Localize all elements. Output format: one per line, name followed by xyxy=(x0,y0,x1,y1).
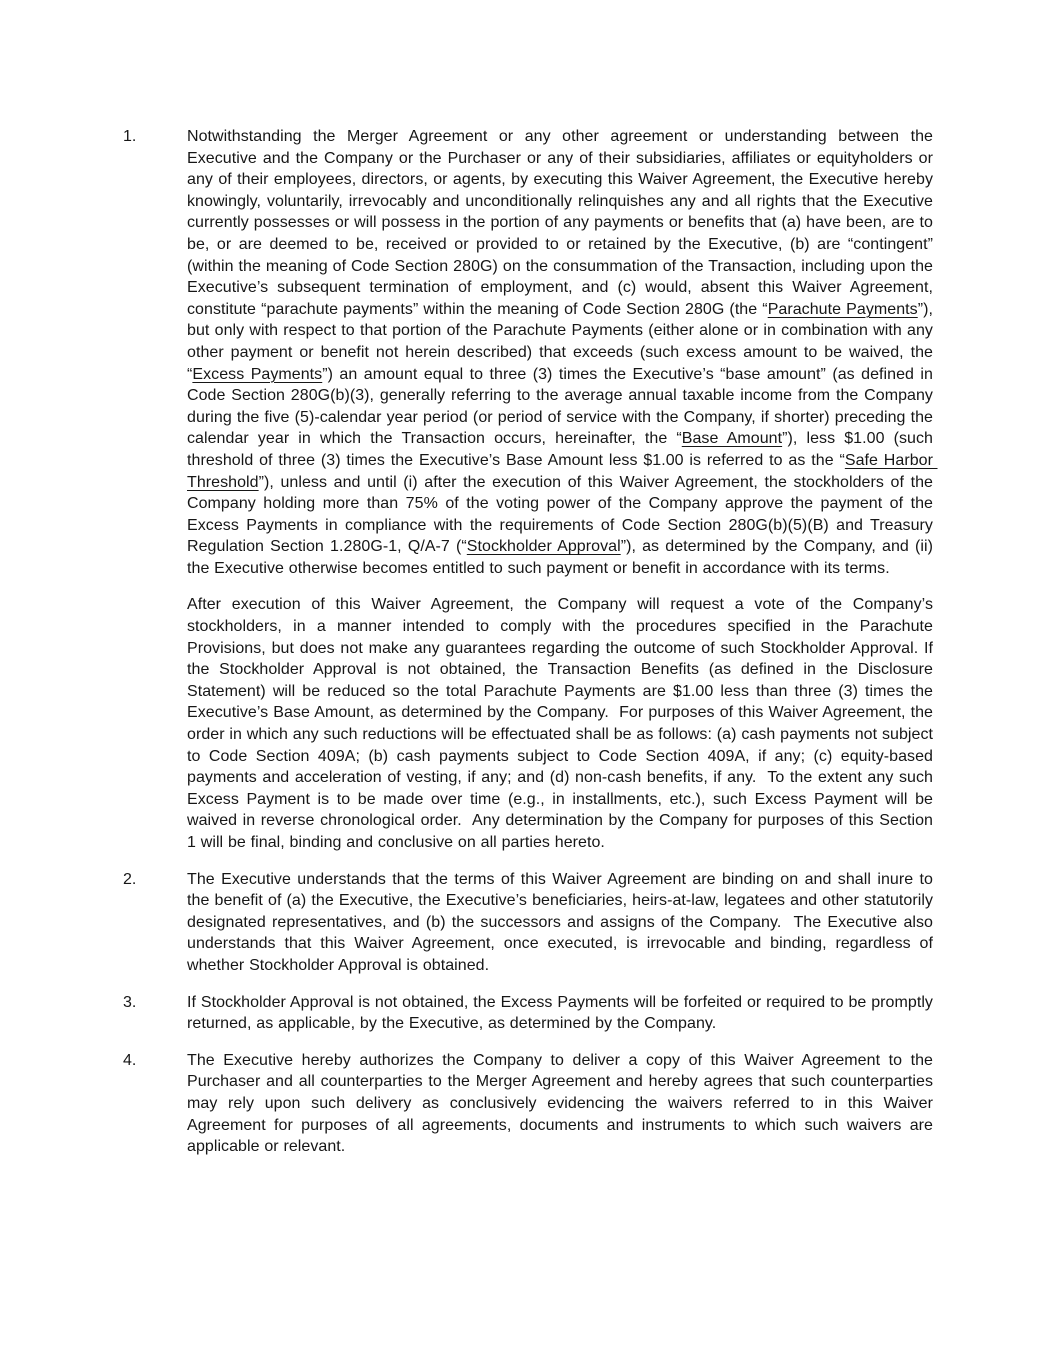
paragraph-text: The Executive understands that the terms… xyxy=(187,869,933,977)
list-item: 1.Notwithstanding the Merger Agreement o… xyxy=(123,126,933,579)
text-segment: Notwithstanding the Merger Agreement or … xyxy=(187,128,938,318)
list-item: 4.The Executive hereby authorizes the Co… xyxy=(123,1050,933,1158)
defined-term-underlined: Stockholder Approval xyxy=(467,538,621,555)
text-segment: The Executive understands that the terms… xyxy=(187,871,938,974)
text-segment: The Executive hereby authorizes the Comp… xyxy=(187,1052,938,1155)
item-number: 4. xyxy=(123,1050,136,1072)
list-item: 3.If Stockholder Approval is not obtaine… xyxy=(123,992,933,1035)
defined-term-underlined: Base Amount xyxy=(682,430,782,447)
paragraph-text: After execution of this Waiver Agreement… xyxy=(187,594,933,853)
item-number: 2. xyxy=(123,869,136,891)
paragraph-text: The Executive hereby authorizes the Comp… xyxy=(187,1050,933,1158)
paragraph-text: Notwithstanding the Merger Agreement or … xyxy=(187,126,933,579)
text-segment: After execution of this Waiver Agreement… xyxy=(187,596,938,851)
document-page: 1.Notwithstanding the Merger Agreement o… xyxy=(0,0,1055,1365)
paragraph-text: If Stockholder Approval is not obtained,… xyxy=(187,992,933,1035)
defined-term-underlined: Excess Payments xyxy=(192,366,322,383)
list-item: After execution of this Waiver Agreement… xyxy=(123,594,933,853)
item-number: 1. xyxy=(123,126,136,148)
defined-term-underlined: Parachute Payments xyxy=(768,301,918,318)
item-number: 3. xyxy=(123,992,136,1014)
document-body: 1.Notwithstanding the Merger Agreement o… xyxy=(123,126,933,1173)
text-segment: If Stockholder Approval is not obtained,… xyxy=(187,994,938,1033)
list-item: 2.The Executive understands that the ter… xyxy=(123,869,933,977)
